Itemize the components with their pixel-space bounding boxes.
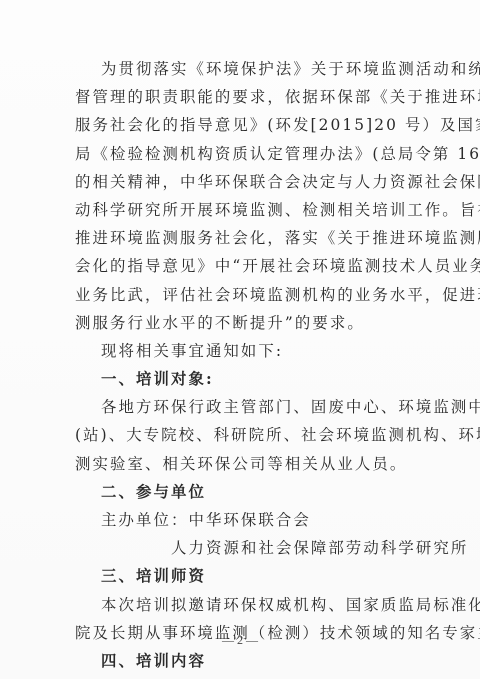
page-number: — 2 — [0,633,480,648]
paragraph-intro-line: 为贯彻落实《环境保护法》关于环境监测活动和统一监 [75,55,409,83]
paragraph-intro-line: 动科学研究所开展环境监测、检测相关培训工作。旨在有效 [75,196,409,224]
paragraph-intro-line: 业务比武，评估社会环境监测机构的业务水平，促进环境监 [75,281,409,309]
trainees-line: 各地方环保行政主管部门、固废中心、环境监测中心 [75,393,409,421]
section-heading-participants: 二、参与单位 [75,478,409,506]
co-organizer: 人力资源和社会保障部劳动科学研究所 [75,534,409,562]
trainees-line: 测实验室、相关环保公司等相关从业人员。 [75,450,409,478]
notice-intro: 现将相关事宜通知如下: [75,337,409,365]
paragraph-intro-line: 局《检验检测机构资质认定管理办法》(总局令第 163 号） [75,140,409,168]
paragraph-intro-line: 服务社会化的指导意见》(环发[2015]20 号）及国家质检总 [75,111,409,139]
paragraph-intro-line: 会化的指导意见》中“开展社会环境监测技术人员业务培训、 [75,252,409,280]
paragraph-intro-line: 测服务行业水平的不断提升”的要求。 [75,309,409,337]
paragraph-intro-line: 推进环境监测服务社会化，落实《关于推进环境监测服务社 [75,224,409,252]
document-body: 为贯彻落实《环境保护法》关于环境监测活动和统一监 督管理的职责职能的要求，依据环… [75,55,409,675]
paragraph-intro-line: 的相关精神，中华环保联合会决定与人力资源社会保障部劳 [75,168,409,196]
section-heading-instructors: 三、培训师资 [75,562,409,590]
trainees-line: (站)、大专院校、科研院所、社会环境监测机构、环境检 [75,421,409,449]
section-heading-content: 四、培训内容 [75,647,409,675]
host-organizer: 主办单位：中华环保联合会 [75,506,409,534]
instructors-line: 本次培训拟邀请环保权威机构、国家质监局标准化研究 [75,591,409,619]
paragraph-intro-line: 督管理的职责职能的要求，依据环保部《关于推进环境监测 [75,83,409,111]
section-heading-trainees: 一、培训对象: [75,365,409,393]
document-page: 为贯彻落实《环境保护法》关于环境监测活动和统一监 督管理的职责职能的要求，依据环… [0,0,480,679]
